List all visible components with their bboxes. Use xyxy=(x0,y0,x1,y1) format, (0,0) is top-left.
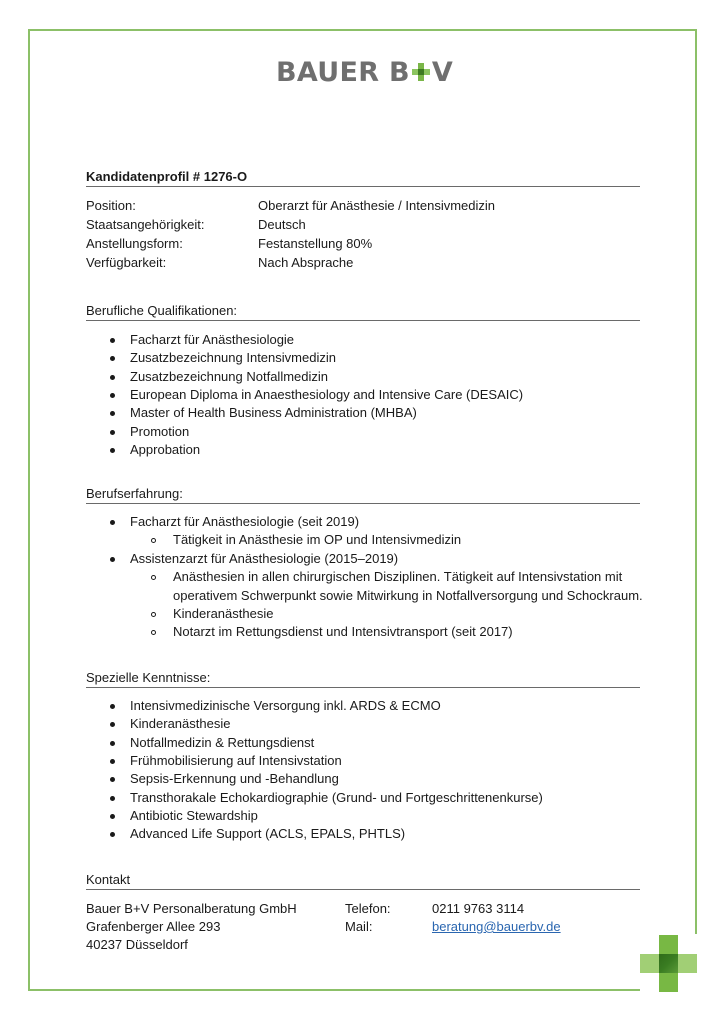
list-item: Antibiotic Stewardship xyxy=(130,807,258,825)
bullet-icon xyxy=(110,338,115,343)
brand-name-left: BAUER B xyxy=(276,57,410,88)
bullet-icon xyxy=(110,557,115,562)
field-value: Nach Absprache xyxy=(258,254,353,272)
mail-link[interactable]: beratung@bauerbv.de xyxy=(432,918,561,936)
divider xyxy=(86,186,640,187)
list-item: Transthorakale Echokardiographie (Grund-… xyxy=(130,789,543,807)
list-item: Zusatzbezeichnung Intensivmedizin xyxy=(130,349,336,367)
bullet-icon xyxy=(110,759,115,764)
list-item: European Diploma in Anaesthesiology and … xyxy=(130,386,523,404)
brand-logo: BAUER B V xyxy=(276,56,453,88)
field-label: Staatsangehörigkeit: xyxy=(86,216,205,234)
contact-heading: Kontakt xyxy=(86,871,130,889)
list-item: Facharzt für Anästhesiologie xyxy=(130,331,294,349)
bullet-icon xyxy=(110,375,115,380)
sub-bullet-icon xyxy=(151,538,156,543)
field-value: Festanstellung 80% xyxy=(258,235,372,253)
list-item: Sepsis-Erkennung und -Behandlung xyxy=(130,770,339,788)
list-item: Zusatzbezeichnung Notfallmedizin xyxy=(130,368,328,386)
contact-street: Grafenberger Allee 293 xyxy=(86,918,220,936)
corner-plus-icon xyxy=(640,935,697,992)
frame-border-right xyxy=(695,29,697,934)
experience-detail: Tätigkeit in Anästhesie im OP und Intens… xyxy=(173,531,461,549)
bullet-icon xyxy=(110,832,115,837)
experience-heading: Berufserfahrung: xyxy=(86,485,183,503)
list-item: Approbation xyxy=(130,441,200,459)
bullet-icon xyxy=(110,393,115,398)
list-item: Promotion xyxy=(130,423,189,441)
bullet-icon xyxy=(110,796,115,801)
list-item: Frühmobilisierung auf Intensivstation xyxy=(130,752,342,770)
mail-label: Mail: xyxy=(345,918,372,936)
plus-icon xyxy=(412,63,430,81)
bullet-icon xyxy=(110,430,115,435)
field-label: Position: xyxy=(86,197,136,215)
brand-name-right: V xyxy=(432,57,453,88)
bullet-icon xyxy=(110,814,115,819)
list-item: Intensivmedizinische Versorgung inkl. AR… xyxy=(130,697,441,715)
bullet-icon xyxy=(110,722,115,727)
bullet-icon xyxy=(110,356,115,361)
field-label: Verfügbarkeit: xyxy=(86,254,166,272)
list-item: Notfallmedizin & Rettungsdienst xyxy=(130,734,314,752)
divider xyxy=(86,889,640,890)
list-item: Master of Health Business Administration… xyxy=(130,404,417,422)
frame-border-left xyxy=(28,29,30,991)
contact-city: 40237 Düsseldorf xyxy=(86,936,188,954)
frame-border-bottom xyxy=(28,989,640,991)
bullet-icon xyxy=(110,520,115,525)
experience-detail: Notarzt im Rettungsdienst und Intensivtr… xyxy=(173,623,513,641)
sub-bullet-icon xyxy=(151,612,156,617)
bullet-icon xyxy=(110,777,115,782)
list-item: Kinderanästhesie xyxy=(130,715,230,733)
bullet-icon xyxy=(110,448,115,453)
frame-border-top xyxy=(28,29,697,31)
sub-bullet-icon xyxy=(151,630,156,635)
experience-detail: operativem Schwerpunkt sowie Mitwirkung … xyxy=(173,587,643,605)
contact-company: Bauer B+V Personalberatung GmbH xyxy=(86,900,297,918)
skills-heading: Spezielle Kenntnisse: xyxy=(86,669,210,687)
field-label: Anstellungsform: xyxy=(86,235,183,253)
bullet-icon xyxy=(110,411,115,416)
list-item: Advanced Life Support (ACLS, EPALS, PHTL… xyxy=(130,825,405,843)
field-value: Deutsch xyxy=(258,216,306,234)
bullet-icon xyxy=(110,704,115,709)
qualifications-heading: Berufliche Qualifikationen: xyxy=(86,302,237,320)
field-value: Oberarzt für Anästhesie / Intensivmedizi… xyxy=(258,197,495,215)
profile-title: Kandidatenprofil # 1276-O xyxy=(86,168,247,186)
phone-label: Telefon: xyxy=(345,900,391,918)
sub-bullet-icon xyxy=(151,575,156,580)
divider xyxy=(86,687,640,688)
divider xyxy=(86,320,640,321)
experience-title: Facharzt für Anästhesiologie (seit 2019) xyxy=(130,513,359,531)
experience-title: Assistenzarzt für Anästhesiologie (2015–… xyxy=(130,550,398,568)
phone-number[interactable]: 0211 9763 3114 xyxy=(432,900,524,918)
experience-detail: Kinderanästhesie xyxy=(173,605,273,623)
bullet-icon xyxy=(110,741,115,746)
divider xyxy=(86,503,640,504)
experience-detail: Anästhesien in allen chirurgischen Diszi… xyxy=(173,568,622,586)
